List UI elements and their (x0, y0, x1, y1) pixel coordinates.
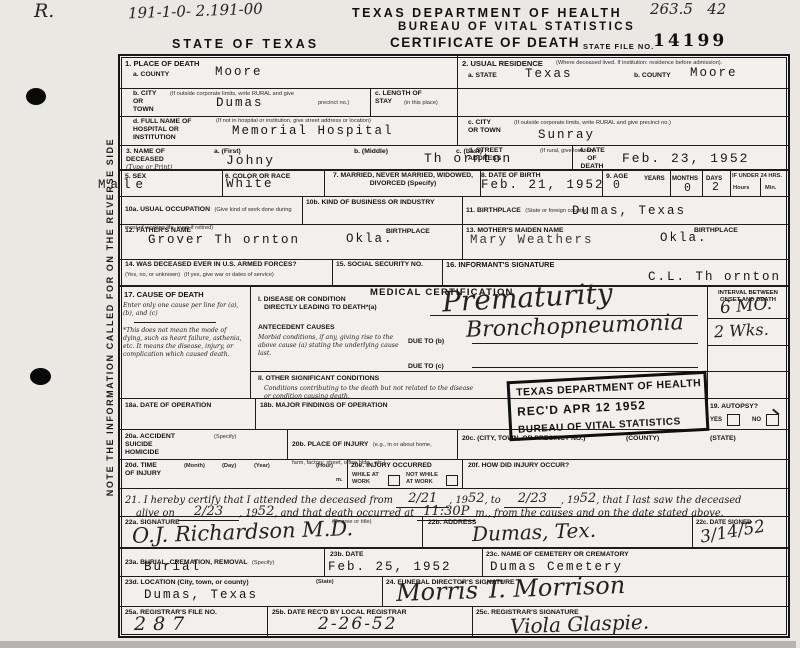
stamp-line1: TEXAS DEPARTMENT OF HEALTH (516, 377, 698, 399)
interval-a-handwriting: 6 MO. (719, 296, 772, 317)
occupation-label: 10a. USUAL OCCUPATION (125, 206, 210, 213)
hole-punch-top (26, 88, 46, 105)
age-years-header: YEARS (644, 176, 665, 183)
sex-value: Male (98, 178, 148, 192)
residence-city-hint: (If outside corporate limits, write RURA… (514, 120, 774, 127)
burial-date-label: 23b. DATE (330, 551, 364, 559)
age-min-header: Min. (765, 185, 776, 192)
attended-to-year: 52 (580, 491, 597, 506)
cause-b-handwriting: Bronchopneumonia (466, 312, 684, 342)
certify-text7: , 19 (239, 508, 258, 519)
birthplace-value: Dumas, Texas (572, 204, 686, 218)
reverse-side-note: NOTE THE INFORMATION CALLED FOR ON THE R… (105, 112, 115, 522)
injury-state-label: (STATE) (710, 435, 736, 443)
residence-state-label: a. STATE (468, 72, 497, 80)
type-or-print-note: (Type or Print) (126, 164, 172, 172)
name-of-deceased-label: 3. NAME OF DECEASED (126, 148, 186, 164)
certify-text6: alive on (136, 508, 175, 519)
injury-county-label: (COUNTY) (626, 435, 659, 443)
place-of-death-title: 1. PLACE OF DEATH (125, 59, 200, 68)
other-significant-hint: Conditions contributing to the death but… (264, 385, 474, 401)
county-label: a. COUNTY (133, 71, 169, 79)
how-did-injury-occur-label: 20f. HOW DID INJURY OCCUR? (468, 462, 569, 470)
disease-condition-label2: DIRECTLY LEADING TO DEATH*(a) (264, 304, 377, 312)
stamp-line3: BUREAU OF VITAL STATISTICS (518, 415, 700, 436)
business-industry-label: 10b. KIND OF BUSINESS OR INDUSTRY (306, 199, 456, 207)
place-of-injury-label: 20b. PLACE OF INJURY (292, 441, 368, 448)
hospital-label: d. FULL NAME OF HOSPITAL OR INSTITUTION (133, 118, 213, 142)
handwritten-code: 191-1-0- 2.191-00 (128, 2, 263, 22)
stamp-line2: REC'D APR 12 1952 (517, 395, 699, 419)
corner-mark: R. (34, 2, 54, 21)
burial-location-state-label: (State) (316, 579, 334, 586)
burial-date-value: Feb. 25, 1952 (328, 560, 452, 574)
while-at-work-checkbox (388, 475, 400, 486)
disease-condition-label: I. DISEASE OR CONDITION (258, 296, 346, 304)
accident-suicide-homicide-label: 20a. ACCIDENT SUICIDE HOMICIDE (125, 433, 183, 457)
not-while-at-work-label: NOT WHILE AT WORK (406, 472, 446, 486)
state-file-number: 14199 (653, 31, 727, 51)
physician-signature-value: O.J. Richardson M.D. (132, 518, 354, 547)
age-years-value: 0 (613, 179, 621, 192)
date-of-death-value: Feb. 23, 1952 (622, 151, 749, 166)
age-months-value: 0 (684, 182, 692, 195)
city-value: Dumas (216, 96, 264, 110)
major-findings-label: 18b. MAJOR FINDINGS OF OPERATION (260, 402, 388, 410)
autopsy-no-checkbox (766, 414, 779, 426)
attended-from-year: 52 (468, 491, 485, 506)
injury-year-label: (Year) (254, 463, 270, 470)
state-file-no-label: STATE FILE NO. (583, 42, 654, 51)
header-certificate-title: CERTIFICATE OF DEATH (390, 35, 580, 50)
hole-punch-bottom (30, 368, 51, 385)
handwritten-numbers: 263.5 42 (650, 2, 726, 17)
autopsy-no-label: NO (752, 417, 761, 424)
due-to-c-label: DUE TO (c) (408, 363, 444, 371)
due-to-b-label: DUE TO (b) (408, 338, 444, 346)
certify-text9: m., from the causes and on the date stat… (475, 508, 723, 519)
mothers-name-value: Mary Weathers (470, 233, 594, 247)
funeral-director-signature: Morris T. Morrison (396, 573, 626, 605)
time-of-injury-label: 20d. TIME OF INJURY (125, 462, 165, 478)
cause-of-death-sub: Enter only one cause per line for (a), (… (123, 302, 245, 318)
mother-birthplace-label: BIRTHPLACE (694, 227, 738, 235)
registrar-file-no-value: 287 (134, 615, 191, 634)
injury-month-label: (Month) (184, 463, 205, 470)
armed-forces-hint2: (If yes, give war or dates of service) (184, 272, 274, 279)
ssn-label: 15. SOCIAL SECURITY NO. (336, 261, 440, 269)
armed-forces-hint1: (Yes, no, or unknown) (125, 272, 180, 279)
usual-residence-hint: (Where deceased lived. If institution: r… (556, 60, 782, 67)
middle-name-label: b. (Middle) (354, 148, 388, 156)
last-seen-year: 52 (258, 504, 275, 519)
residence-county-value: Moore (690, 66, 738, 80)
residence-county-label: b. COUNTY (634, 72, 671, 80)
date-of-operation-label: 18a. DATE OF OPERATION (125, 402, 211, 410)
autopsy-yes-checkbox (727, 414, 740, 426)
header-state-of-texas: STATE OF TEXAS (172, 37, 319, 51)
residence-city-label: c. CITY OR TOWN (468, 119, 502, 135)
accident-specify-hint: (Specify) (214, 434, 236, 441)
physician-address-value: Dumas, Tex. (472, 520, 597, 544)
color-or-race-value: White (226, 177, 274, 191)
city-label: b. CITY OR TOWN (133, 90, 163, 114)
death-time-value: 11:30P (423, 504, 469, 519)
residence-state-value: Texas (525, 67, 573, 81)
while-at-work-label: WHILE AT WORK (352, 472, 386, 486)
residence-city-value: Sunray (538, 128, 595, 142)
birthplace-label: 11. BIRTHPLACE (466, 207, 521, 214)
county-value: Moore (215, 65, 263, 79)
scanner-edge-strip (0, 641, 796, 648)
injury-hour-label: (Hour) (316, 463, 333, 470)
marital-status-label: 7. MARRIED, NEVER MARRIED, WIDOWED, DIVO… (328, 172, 478, 188)
header-department: TEXAS DEPARTMENT OF HEALTH (352, 6, 622, 20)
burial-location-value: Dumas, Texas (144, 588, 258, 602)
date-recd-value: 2-26-52 (318, 616, 398, 633)
date-of-death-label: 4. DATE OF DEATH (578, 147, 606, 171)
burial-value: Burial (144, 560, 201, 574)
physician-address-label: 22b. ADDRESS (428, 519, 476, 527)
last-seen-date: 2/23 (194, 504, 223, 519)
attended-to-date: 2/23 (518, 491, 547, 506)
other-significant-label: II. OTHER SIGNIFICANT CONDITIONS (258, 375, 379, 383)
injury-day-label: (Day) (222, 463, 236, 470)
age-days-value: 2 (712, 181, 720, 194)
armed-forces-label: 14. WAS DECEASED EVER IN U.S. ARMED FORC… (125, 261, 330, 269)
last-name-value: Th ornton (424, 151, 512, 166)
death-certificate-form: 1. PLACE OF DEATH a. COUNTY Moore 2. USU… (118, 54, 790, 638)
injury-m-label: m. (336, 477, 343, 484)
hospital-value: Memorial Hospital (232, 124, 394, 138)
antecedent-causes-label: ANTECEDENT CAUSES (258, 324, 335, 332)
header-bureau: BUREAU OF VITAL STATISTICS (398, 21, 635, 33)
received-stamp: TEXAS DEPARTMENT OF HEALTH REC'D APR 12 … (507, 371, 710, 441)
age-under24-header: IF UNDER 24 HRS. (732, 173, 786, 180)
interval-b-handwriting: 2 Wks. (714, 322, 769, 341)
cemetery-label: 23c. NAME OF CEMETERY OR CREMATORY (486, 551, 629, 559)
date-of-birth-value: Feb. 21, 1952 (481, 178, 605, 192)
cause-of-death-note: *This does not mean the mode of dying, s… (123, 327, 247, 359)
cause-of-death-title: 17. CAUSE OF DEATH (124, 290, 204, 299)
registrar-signature-value: Viola Glaspie. (510, 612, 650, 637)
morbid-conditions-note: Morbid conditions, if any, giving rise t… (258, 334, 402, 358)
city-hint2: precinct no.) (318, 100, 349, 107)
father-birthplace-label: BIRTHPLACE (386, 228, 430, 236)
autopsy-yes-label: YES (710, 417, 722, 424)
not-while-at-work-checkbox (446, 475, 458, 486)
burial-specify-hint: (Specify) (252, 560, 274, 566)
age-hours-header: Hours (733, 185, 749, 192)
informant-signature-value: C.L. Th ornton (648, 270, 781, 284)
length-of-stay-hint: (in this place) (404, 100, 438, 107)
first-name-value: Johny (226, 153, 275, 168)
injury-occurred-label: 20e. INJURY OCCURRED (351, 462, 432, 470)
cause-a-handwriting: Prematurity (441, 280, 613, 317)
informant-signature-label: 16. INFORMANT'S SIGNATURE (446, 261, 554, 270)
fathers-name-value: Grover Th ornton (148, 233, 300, 247)
autopsy-label: 19. AUTOPSY? (710, 403, 758, 411)
burial-location-label: 23d. LOCATION (City, town, or county) (125, 579, 249, 587)
